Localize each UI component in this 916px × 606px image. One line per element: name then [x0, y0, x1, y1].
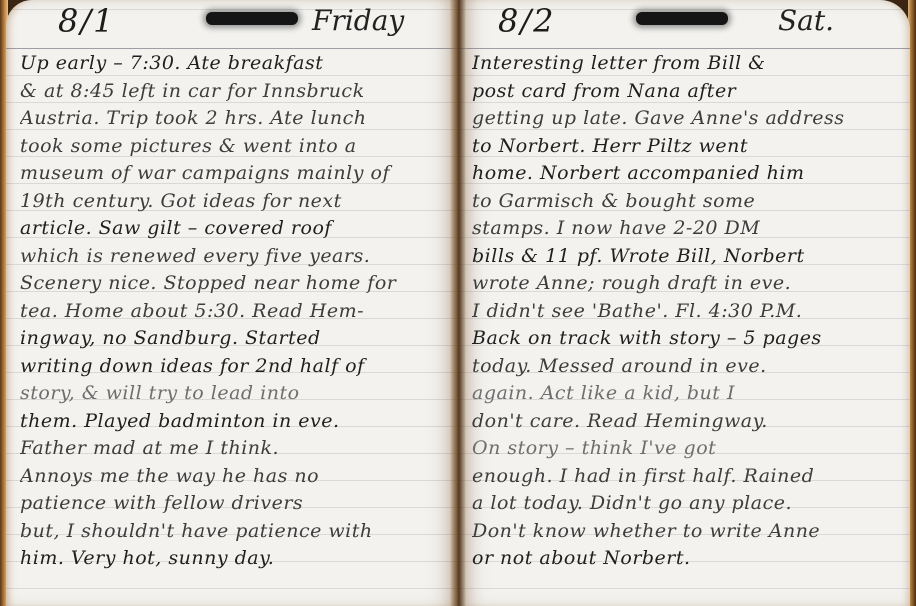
entry-line: story, & will try to lead into — [20, 380, 448, 408]
entry-line: a lot today. Didn't go any place. — [472, 490, 900, 518]
entry-line: Father mad at me I think. — [20, 435, 448, 463]
entry-line: today. Messed around in eve. — [472, 353, 900, 381]
entry-line: took some pictures & went into a — [20, 133, 448, 161]
page-date: 8/2 — [498, 2, 556, 40]
entry-line: 19th century. Got ideas for next — [20, 188, 448, 216]
entry-line: bills & 11 pf. Wrote Bill, Norbert — [472, 243, 900, 271]
entry-line: Austria. Trip took 2 hrs. Ate lunch — [20, 105, 448, 133]
entry-text: Up early – 7:30. Ate breakfast & at 8:45… — [20, 50, 448, 573]
entry-line: but, I shouldn't have patience with — [20, 518, 448, 546]
entry-line: tea. Home about 5:30. Read Hem- — [20, 298, 448, 326]
entry-text: Interesting letter from Bill & post card… — [472, 50, 900, 573]
entry-line: again. Act like a kid, but I — [472, 380, 900, 408]
entry-line: or not about Norbert. — [472, 545, 900, 573]
entry-line: home. Norbert accompanied him — [472, 160, 900, 188]
page-day: Sat. — [778, 4, 834, 37]
entry-line: which is renewed every five years. — [20, 243, 448, 271]
page-date: 8/1 — [58, 2, 116, 40]
entry-line: stamps. I now have 2-20 DM — [472, 215, 900, 243]
entry-line: don't care. Read Hemingway. — [472, 408, 900, 436]
entry-line: Scenery nice. Stopped near home for — [20, 270, 448, 298]
entry-line: Up early – 7:30. Ate breakfast — [20, 50, 448, 78]
entry-line: museum of war campaigns mainly of — [20, 160, 448, 188]
entry-line: them. Played badminton in eve. — [20, 408, 448, 436]
redacted-year-mark — [206, 12, 298, 25]
entry-line: ingway, no Sandburg. Started — [20, 325, 448, 353]
entry-line: Annoys me the way he has no — [20, 463, 448, 491]
entry-line: wrote Anne; rough draft in eve. — [472, 270, 900, 298]
page-day: Friday — [312, 4, 404, 37]
entry-line: to Garmisch & bought some — [472, 188, 900, 216]
redacted-year-mark — [636, 12, 728, 25]
entry-line: enough. I had in first half. Rained — [472, 463, 900, 491]
entry-line: I didn't see 'Bathe'. Fl. 4:30 P.M. — [472, 298, 900, 326]
entry-line: him. Very hot, sunny day. — [20, 545, 448, 573]
entry-line: & at 8:45 left in car for Innsbruck — [20, 78, 448, 106]
entry-line: writing down ideas for 2nd half of — [20, 353, 448, 381]
entry-line: Back on track with story – 5 pages — [472, 325, 900, 353]
entry-line: Don't know whether to write Anne — [472, 518, 900, 546]
header-rule — [6, 48, 458, 49]
entry-line: to Norbert. Herr Piltz went — [472, 133, 900, 161]
entry-line: On story – think I've got — [472, 435, 900, 463]
left-page: 8/1 Friday Up early – 7:30. Ate breakfas… — [6, 0, 458, 606]
entry-line: Interesting letter from Bill & — [472, 50, 900, 78]
right-page: 8/2 Sat. Interesting letter from Bill & … — [458, 0, 910, 606]
entry-line: getting up late. Gave Anne's address — [472, 105, 900, 133]
diary-spread: 8/1 Friday Up early – 7:30. Ate breakfas… — [0, 0, 916, 606]
entry-line: post card from Nana after — [472, 78, 900, 106]
header-rule — [458, 48, 910, 49]
book-spine-gutter — [450, 0, 466, 606]
entry-line: patience with fellow drivers — [20, 490, 448, 518]
entry-line: article. Saw gilt – covered roof — [20, 215, 448, 243]
